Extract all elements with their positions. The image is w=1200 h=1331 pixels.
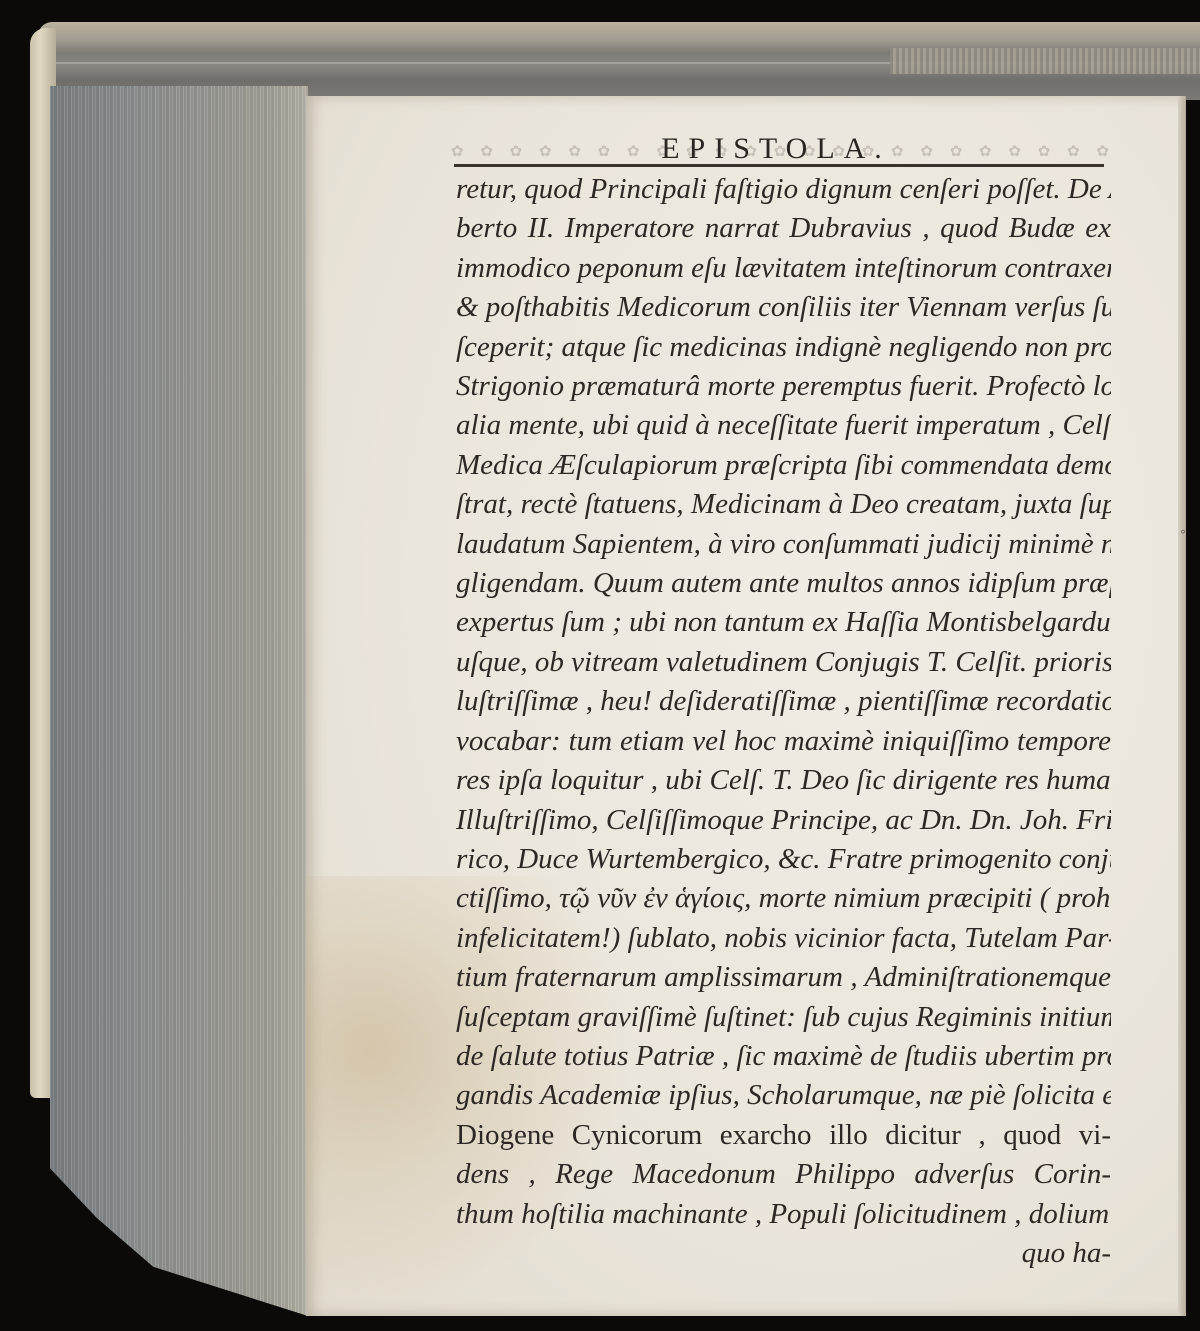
text-line: ſtrat, rectè ſtatuens, Medicinam à Deo c… (456, 485, 1111, 524)
body-text: retur, quod Principali faſtigio dignum c… (456, 170, 1111, 1273)
text-line: Illuſtriſſimo, Celſiſſimoque Principe, a… (456, 801, 1111, 840)
page-block-fore-edge (50, 86, 308, 1316)
text-line: thum hoſtilia machinante , Populi ſolici… (456, 1195, 1111, 1234)
text-line: gligendam. Quum autem ante multos annos … (456, 564, 1111, 603)
text-line: Strigonio præmaturâ morte peremptus fuer… (456, 367, 1111, 406)
catchword: quo ha- (456, 1234, 1111, 1273)
text-line: retur, quod Principali faſtigio dignum c… (456, 170, 1111, 209)
text-line: dens , Rege Macedonum Philippo adverſus … (456, 1155, 1111, 1194)
text-line: vocabar: tum etiam vel hoc maximè iniqui… (456, 722, 1111, 761)
text-line: infelicitatem!) ſublato, nobis vicinior … (456, 919, 1111, 958)
printed-page: ✿ ✿ ✿ ✿ ✿ ✿ ✿ ✿ ✿ ✿ ✿ ✿ ✿ ✿ ✿ ✿ ✿ ✿ ✿ ✿ … (306, 96, 1186, 1316)
text-line: luſtriſſimæ , heu! deſideratiſſimæ , pie… (456, 682, 1111, 721)
margin-mark: ° (1180, 528, 1186, 542)
text-line: uſque, ob vitream valetudinem Conjugis T… (456, 643, 1111, 682)
book-photograph: ✿ ✿ ✿ ✿ ✿ ✿ ✿ ✿ ✿ ✿ ✿ ✿ ✿ ✿ ✿ ✿ ✿ ✿ ✿ ✿ … (0, 0, 1200, 1331)
text-line: Medica Æſculapiorum præſcripta ſibi comm… (456, 446, 1111, 485)
page-gutter-edge (1178, 96, 1186, 1316)
text-line: tium fraternarum amplissimarum , Adminiſ… (456, 958, 1111, 997)
running-head: EPISTOLA. (436, 132, 1116, 166)
book-headband (890, 48, 1200, 74)
text-line: ſceperit; atque ſic medicinas indignè ne… (456, 328, 1111, 367)
text-line: rico, Duce Wurtembergico, &c. Fratre pri… (456, 840, 1111, 879)
text-line: berto II. Imperatore narrat Dubravius , … (456, 209, 1111, 248)
text-line: res ipſa loquitur , ubi Celſ. T. Deo ſic… (456, 761, 1111, 800)
head-rule (454, 164, 1104, 167)
text-line: & poſthabitis Medicorum conſiliis iter V… (456, 288, 1111, 327)
text-line: Diogene Cynicorum exarcho illo dicitur ,… (456, 1116, 1111, 1155)
text-line: de ſalute totius Patriæ , ſic maximè de … (456, 1037, 1111, 1076)
text-line: expertus ſum ; ubi non tantum ex Haſſia … (456, 603, 1111, 642)
text-line: laudatum Sapientem, à viro conſummati ju… (456, 525, 1111, 564)
text-line: alia mente, ubi quid à neceſſitate fueri… (456, 406, 1111, 445)
text-line: ſuſceptam graviſſimè ſuſtinet: ſub cujus… (456, 998, 1111, 1037)
text-line: immodico peponum eſu lævitatem inteſtino… (456, 249, 1111, 288)
text-line: ctiſſimo, τῷ νῦν ἐν ἁγίοις, morte nimium… (456, 879, 1111, 918)
text-line: gandis Academiæ ipſius, Scholarumque, næ… (456, 1076, 1111, 1115)
